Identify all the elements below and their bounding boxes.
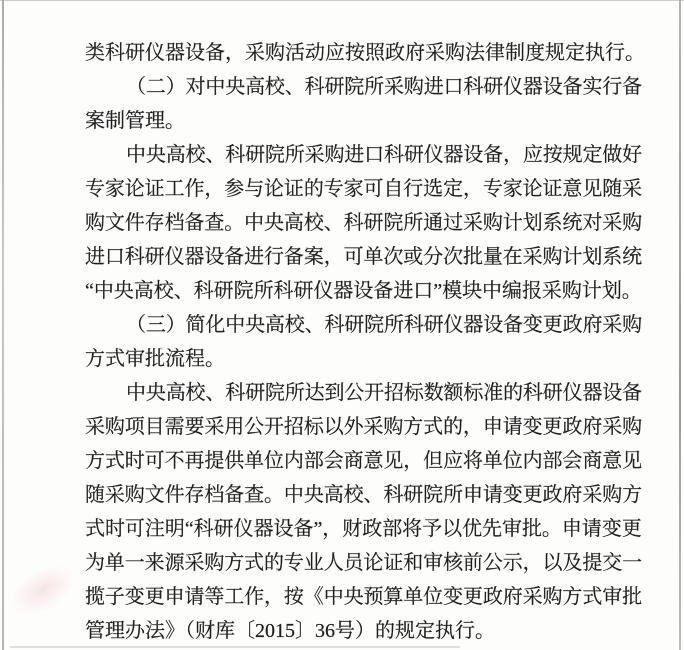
text-line-9: （三）简化中央高校、科研院所科研仪器设备变更政府采购 — [85, 308, 642, 342]
text-line-15: 式时可注明“科研仪器设备”，财政部将予以优先审批。申请变更 — [85, 512, 642, 546]
text-line-18: 管理办法》（财库〔2015〕36号）的规定执行。 — [85, 614, 642, 648]
text-line-16: 为单一来源采购方式的专业人员论证和审核前公示，以及提交一 — [85, 546, 642, 580]
text-line-11: 中央高校、科研院所达到公开招标数额标准的科研仪器设备 — [85, 376, 642, 410]
document-page: 类科研仪器设备，采购活动应按照政府采购法律制度规定执行。（二）对中央高校、科研院… — [0, 0, 684, 650]
text-line-6: 购文件存档备查。中央高校、科研院所通过采购计划系统对采购 — [85, 206, 642, 240]
text-line-1: 类科研仪器设备，采购活动应按照政府采购法律制度规定执行。 — [85, 36, 642, 70]
text-line-5: 专家论证工作，参与论证的专家可自行选定，专家论证意见随采 — [85, 172, 642, 206]
text-line-8: “中央高校、科研院所科研仪器设备进口”模块中编报采购计划。 — [85, 274, 642, 308]
text-line-10: 方式审批流程。 — [85, 342, 642, 376]
scan-left-edge-line — [2, 0, 4, 650]
scan-right-edge-line — [679, 0, 681, 650]
text-line-13: 方式时可不再提供单位内部会商意见，但应将单位内部会商意见 — [85, 444, 642, 478]
text-line-3: 案制管理。 — [85, 104, 642, 138]
text-block: 类科研仪器设备，采购活动应按照政府采购法律制度规定执行。（二）对中央高校、科研院… — [85, 36, 642, 648]
text-line-17: 揽子变更申请等工作，按《中央预算单位变更政府采购方式审批 — [85, 580, 642, 614]
text-line-4: 中央高校、科研院所采购进口科研仪器设备，应按规定做好 — [85, 138, 642, 172]
text-line-2: （二）对中央高校、科研院所采购进口科研仪器设备实行备 — [85, 70, 642, 104]
text-line-7: 进口科研仪器设备进行备案，可单次或分次批量在采购计划系统 — [85, 240, 642, 274]
scan-pink-artifact — [3, 555, 84, 625]
scan-top-edge-line — [0, 0, 684, 1]
text-line-12: 采购项目需要采用公开招标以外采购方式的，申请变更政府采购 — [85, 410, 642, 444]
text-line-14: 随采购文件存档备查。中央高校、科研院所申请变更政府采购方 — [85, 478, 642, 512]
